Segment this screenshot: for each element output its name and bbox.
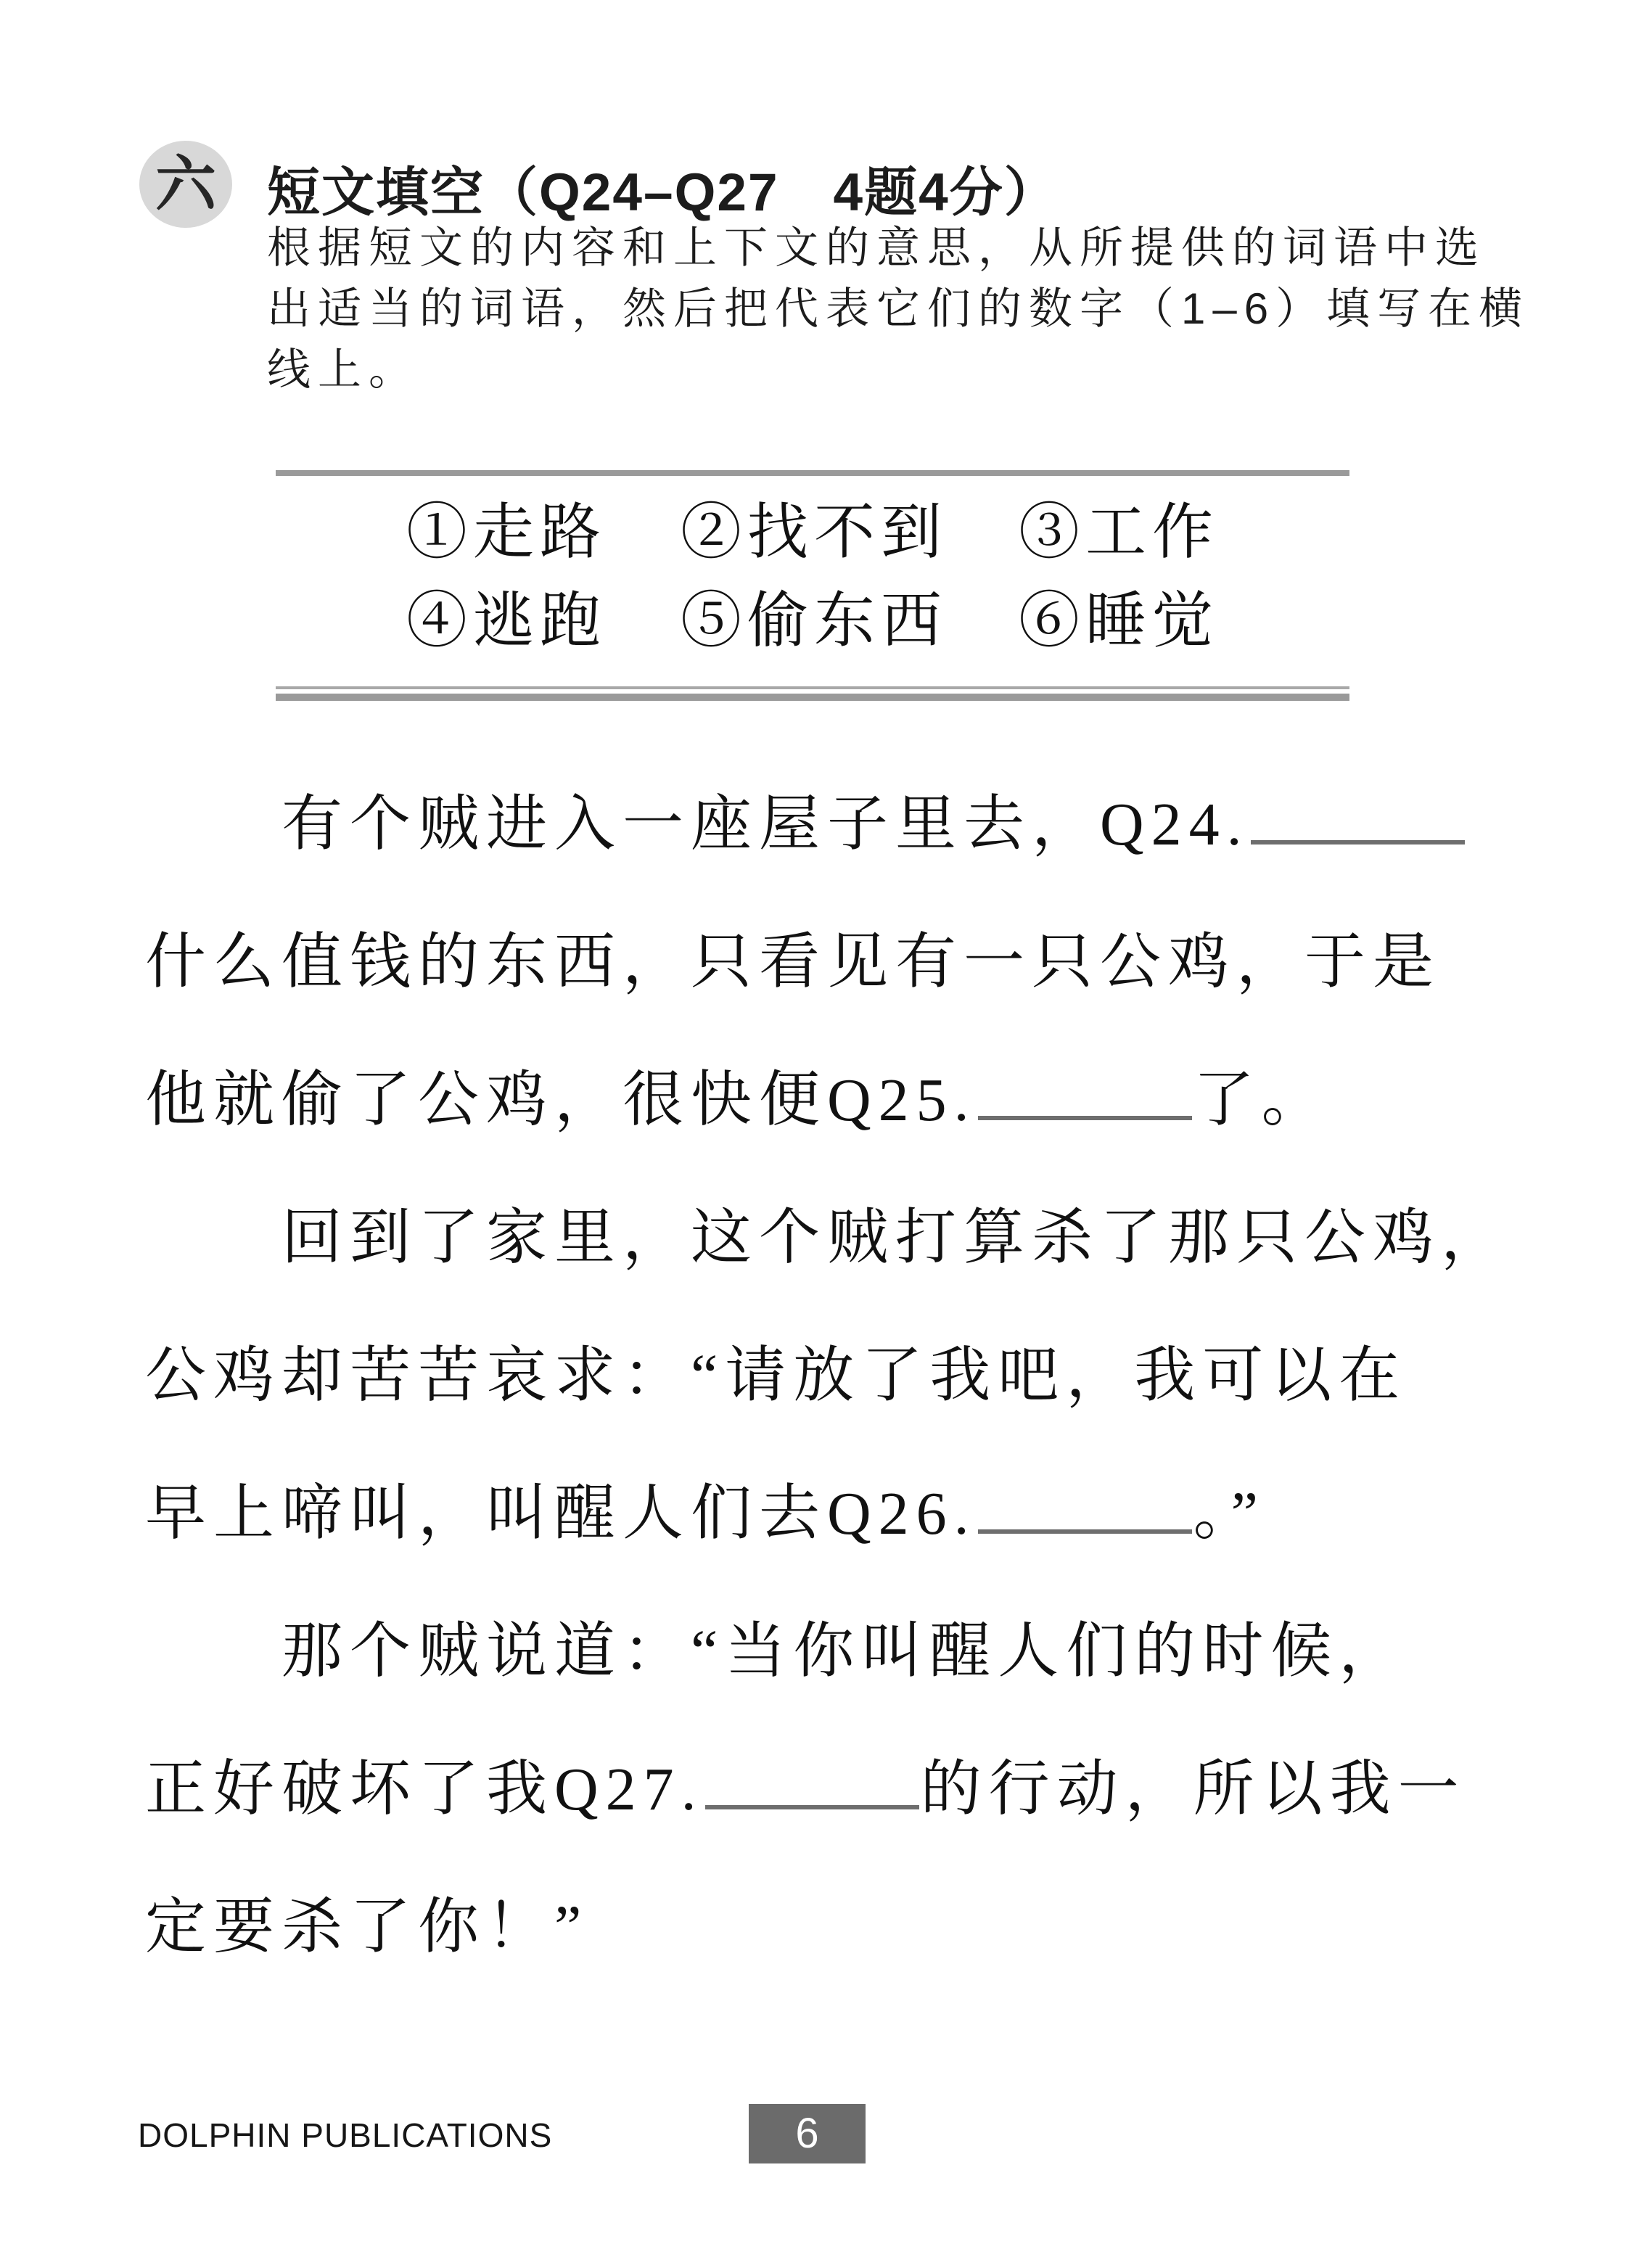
passage-text: 他就偷了公鸡，很快便Q25. [145,1067,977,1134]
word-bank-item: ⑤偷东西 [681,579,1019,665]
passage-line: 什么值钱的东西，只看见有一只公鸡，于是 [145,923,1441,1003]
section-number: 六 [139,141,232,228]
word-bank-item: ③工作 [1019,490,1349,576]
word-bank-row: ①走路 ②找不到 ③工作 [406,490,1349,576]
word-bank-item: ②找不到 [681,490,1019,576]
answer-blank-q26 [978,1476,1192,1534]
word-bank-item: ①走路 [406,490,681,576]
word-bank-bottom-rule-thick [276,694,1349,701]
publisher-name: DOLPHIN PUBLICATIONS [138,2116,552,2155]
word-bank-row: ④逃跑 ⑤偷东西 ⑥睡觉 [406,579,1349,665]
passage-text: 。” [1193,1480,1265,1548]
instruction-line: 根据短文的内容和上下文的意思，从所提供的词语中选 [267,218,1544,279]
word-bank-item: ④逃跑 [406,579,681,665]
answer-blank-q25 [978,1062,1192,1120]
passage-line: 回到了家里，这个贼打算杀了那只公鸡， [145,1199,1509,1278]
word-bank: ①走路 ②找不到 ③工作 ④逃跑 ⑤偷东西 ⑥睡觉 [276,470,1349,701]
page-number-box: 6 [749,2104,866,2163]
passage-text: 的行动，所以我一 [921,1756,1466,1823]
instructions: 根据短文的内容和上下文的意思，从所提供的词语中选 出适当的词语，然后把代表它们的… [267,218,1544,400]
word-bank-rows: ①走路 ②找不到 ③工作 ④逃跑 ⑤偷东西 ⑥睡觉 [276,476,1349,686]
passage-line: 公鸡却苦苦哀求：“请放了我吧，我可以在 [145,1336,1407,1416]
passage-line: 正好破坏了我Q27.的行动，所以我一 [145,1750,1466,1830]
answer-blank-q27 [705,1751,919,1809]
passage-line: 早上啼叫，叫醒人们去Q26.。” [145,1474,1265,1554]
page-number: 6 [749,2104,866,2163]
instruction-line: 出适当的词语，然后把代表它们的数字（1–6）填写在横 [267,279,1544,340]
section-title: 短文填空（Q24–Q27 4题4分） [267,149,1059,226]
passage-text: 有个贼进入一座屋子里去，Q24. [282,791,1249,858]
passage-line: 有个贼进入一座屋子里去，Q24. [145,785,1466,865]
section-number-badge: 六 [139,141,232,228]
passage-text: 早上啼叫，叫醒人们去Q26. [145,1480,977,1548]
word-bank-item: ⑥睡觉 [1019,579,1349,665]
instruction-line: 线上。 [267,340,1544,400]
worksheet-page: 六 短文填空（Q24–Q27 4题4分） 根据短文的内容和上下文的意思，从所提供… [0,0,1652,2252]
passage-text: 正好破坏了我Q27. [145,1756,704,1823]
passage-text: 了。 [1193,1067,1330,1134]
passage-line: 他就偷了公鸡，很快便Q25.了。 [145,1061,1330,1141]
passage-line: 定要杀了你！” [145,1888,588,1968]
answer-blank-q24 [1251,786,1465,844]
passage-line: 那个贼说道：“当你叫醒人们的时候， [145,1612,1407,1692]
word-bank-top-rule [276,470,1349,476]
